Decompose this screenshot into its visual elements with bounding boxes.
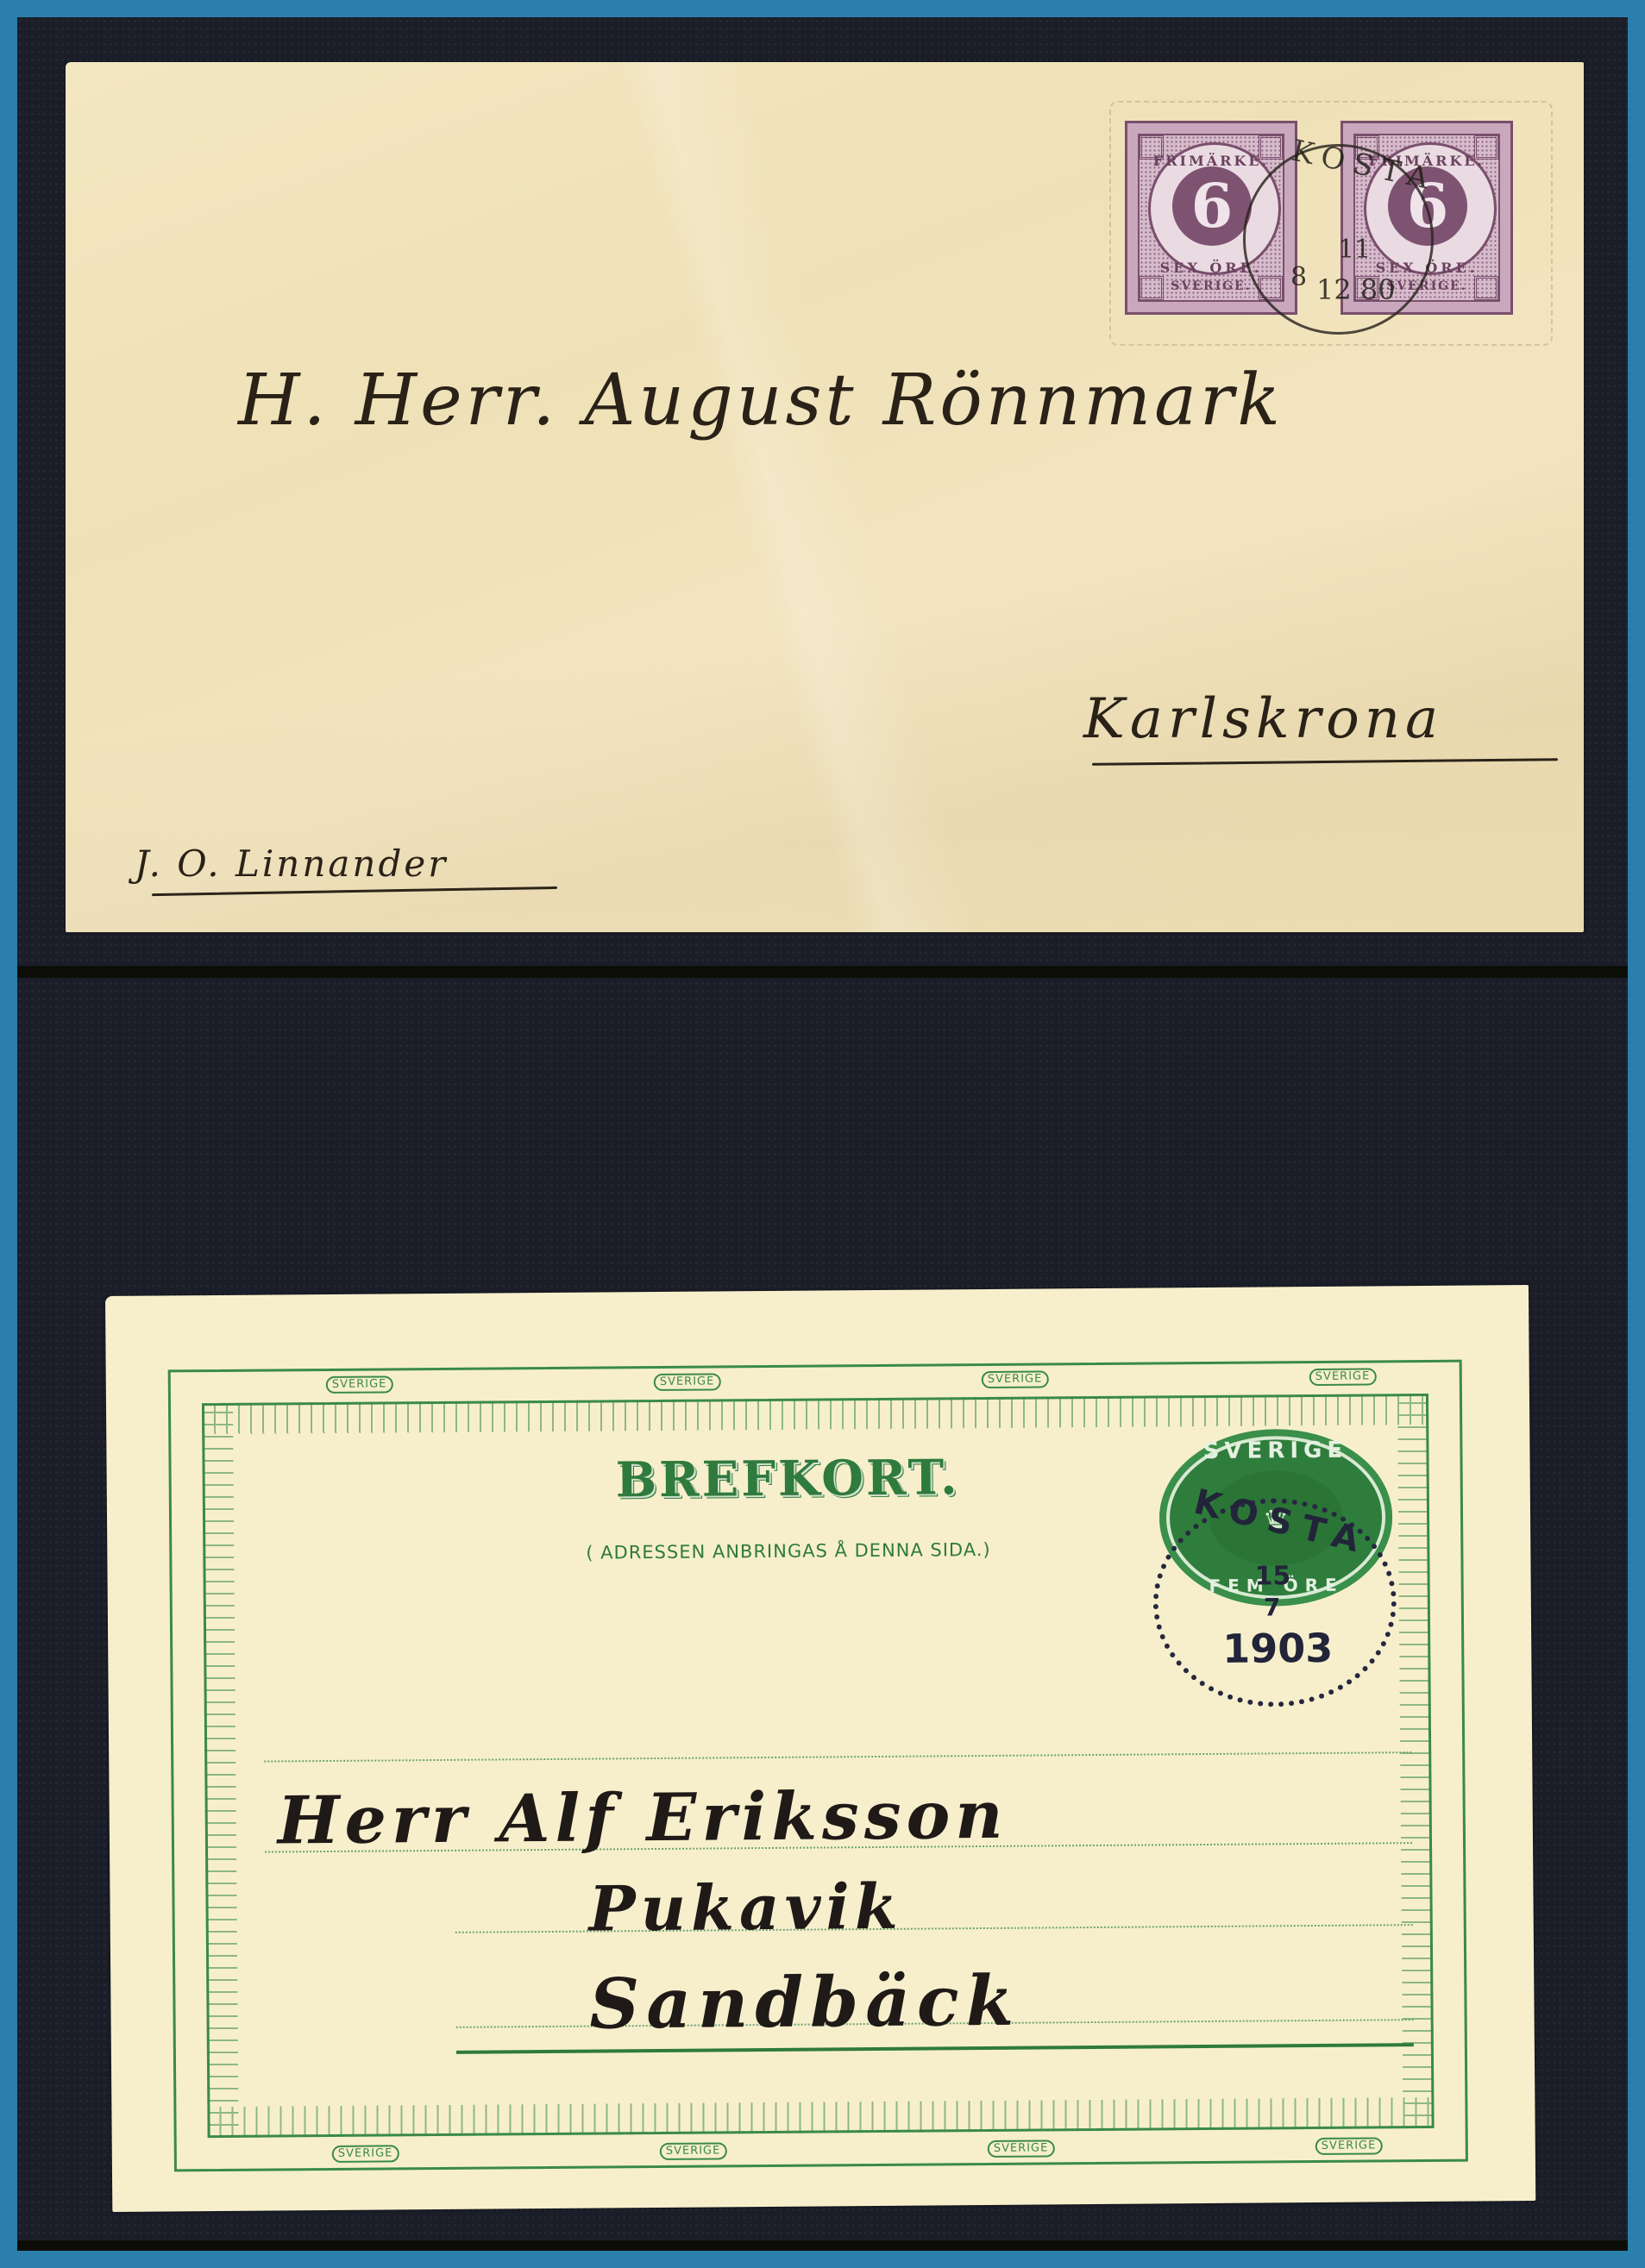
- mount-bottom-strip: [17, 2240, 1628, 2251]
- border-label: SVERIGE: [988, 2140, 1055, 2158]
- postcard-title: BREFKORT.: [615, 1449, 959, 1508]
- postmark-year: 1903: [1222, 1625, 1333, 1672]
- border-label: SVERIGE: [1315, 2137, 1383, 2155]
- cancellation-day: 11: [1338, 235, 1371, 265]
- sender-signature: J. O. Linnander: [135, 843, 448, 885]
- address-line-recipient: H. Herr. August Rönnmark: [238, 360, 1284, 442]
- border-label: SVERIGE: [326, 1375, 393, 1394]
- border-label: SVERIGE: [660, 2142, 727, 2160]
- postmark-day: 15: [1254, 1561, 1290, 1591]
- card-address-line-1: Herr Alf Eriksson: [277, 1776, 1008, 1859]
- mount-divider-strip: [17, 966, 1628, 978]
- border-label: SVERIGE: [1309, 1368, 1377, 1386]
- imprinted-stamp-country: SVERIGE: [1158, 1437, 1391, 1464]
- card-address-line-3: Sandbäck: [589, 1960, 1020, 2045]
- postcard-brefkort: SVERIGE SVERIGE SVERIGE SVERIGE SVERIGE …: [105, 1285, 1535, 2212]
- postcard-instruction: ( ADRESSEN ANBRINGAS Å DENNA SIDA.): [586, 1539, 991, 1563]
- postmark-month: 7: [1264, 1593, 1281, 1621]
- border-label: SVERIGE: [654, 1373, 721, 1391]
- cancellation-month: 8: [1290, 262, 1307, 292]
- address-line-city: Karlskrona: [1083, 687, 1443, 751]
- card-address-line-2: Pukavik: [588, 1870, 903, 1945]
- stamp-value: 6: [1172, 166, 1252, 246]
- border-label: SVERIGE: [982, 1370, 1049, 1388]
- envelope: FRIMÄRKE. 6 SEX ÖRE. SVERIGE. FRIMÄRKE. …: [66, 62, 1584, 932]
- border-label: SVERIGE: [332, 2145, 399, 2163]
- cancellation-year: 12 80: [1316, 273, 1396, 306]
